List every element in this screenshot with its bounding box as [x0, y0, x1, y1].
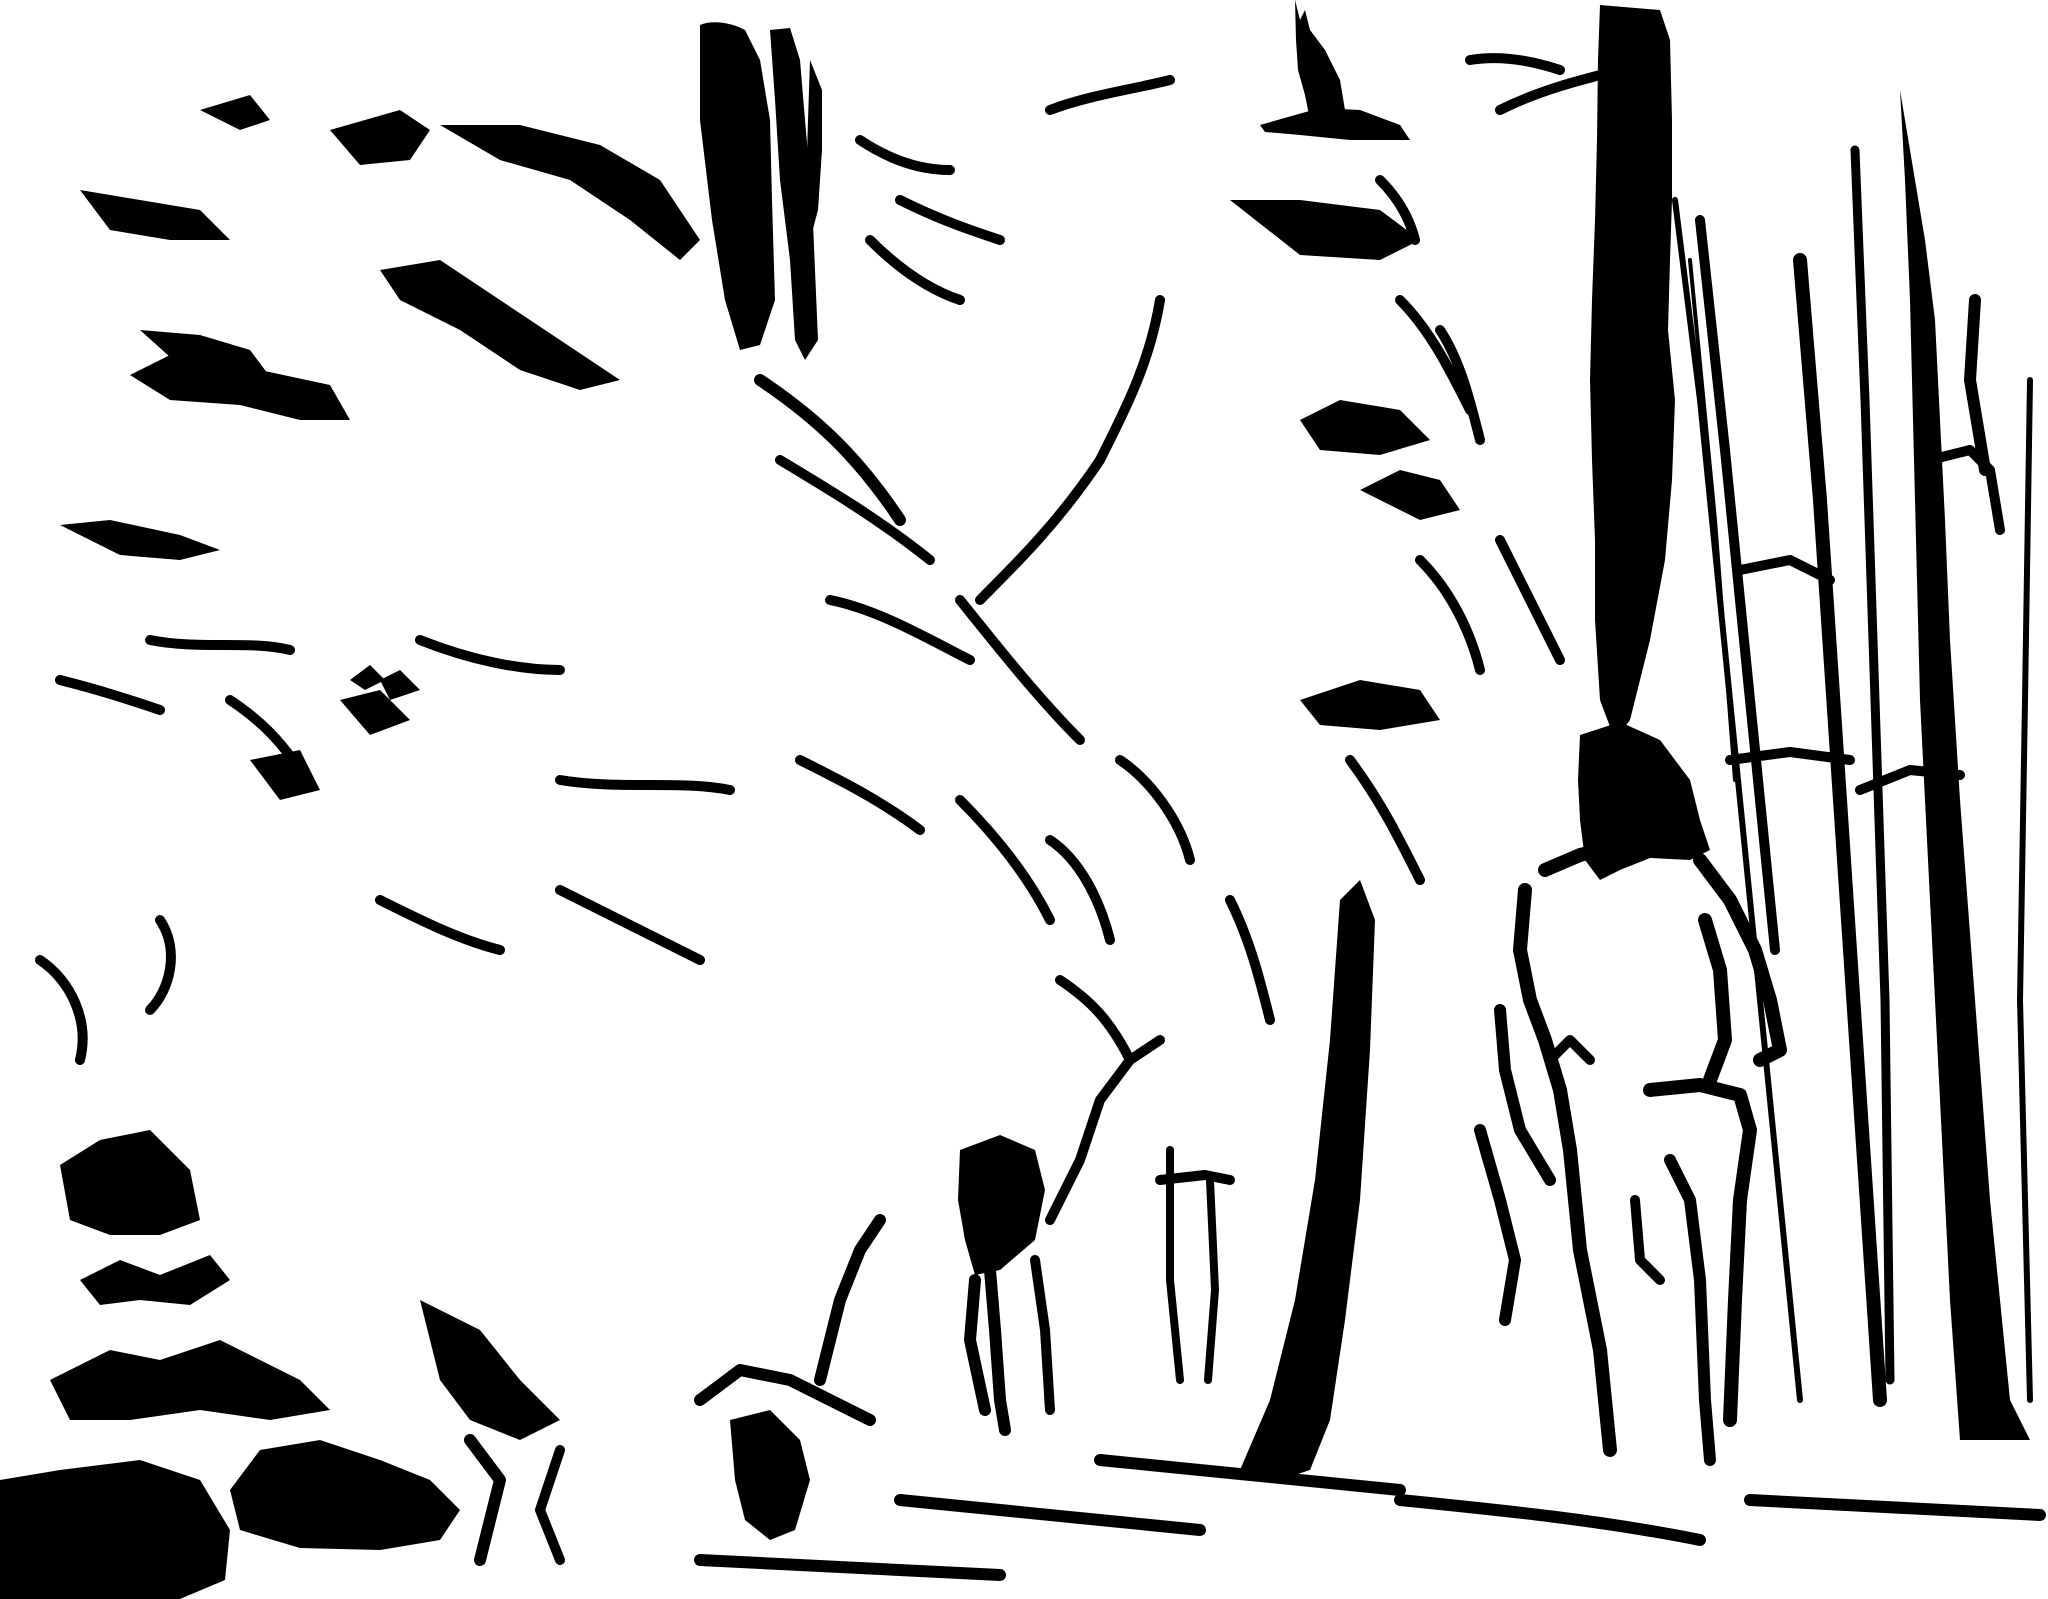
ink-drawing-canvas: Ink brush drawing: figures among trees o…	[0, 0, 2048, 1599]
ink-drawing	[0, 0, 2048, 1599]
